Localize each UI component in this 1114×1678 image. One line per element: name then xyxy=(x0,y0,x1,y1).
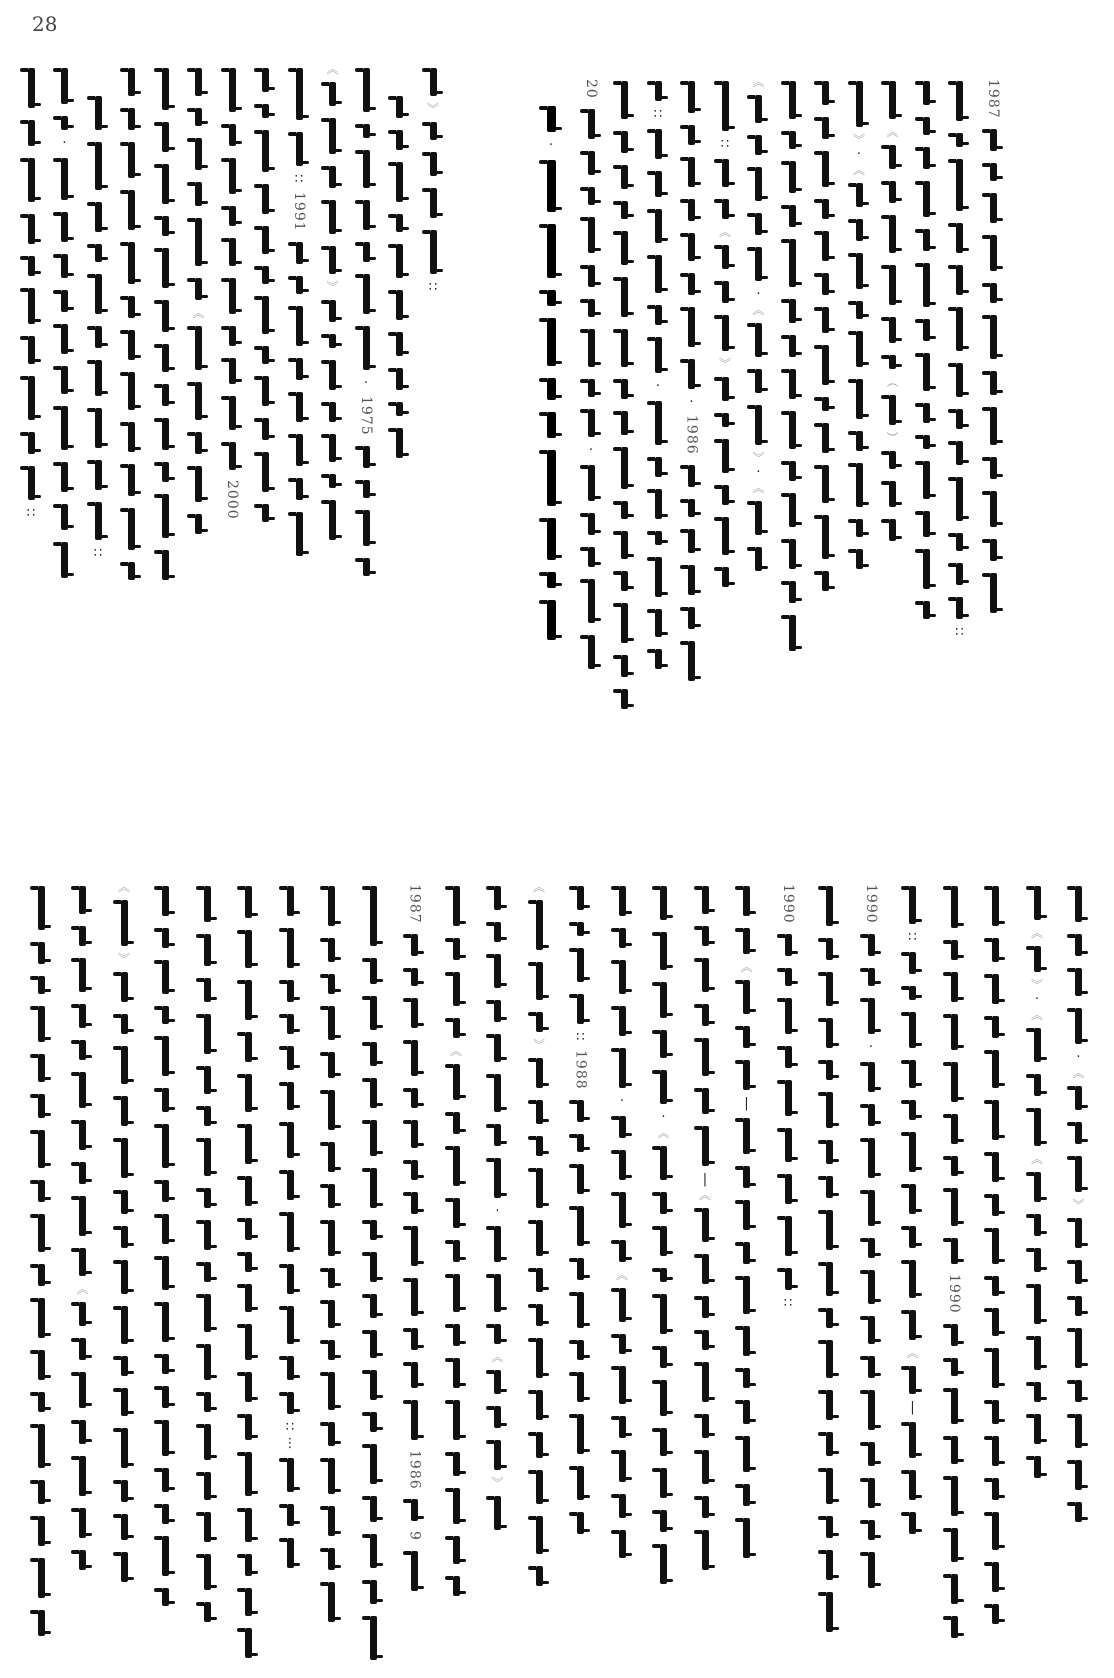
script-word xyxy=(162,1354,169,1374)
script-word xyxy=(128,242,135,284)
script-word xyxy=(328,1340,335,1360)
quote-mark: ︽ xyxy=(1072,1068,1084,1078)
numeral: 9 xyxy=(407,1531,423,1541)
script-word xyxy=(822,81,829,105)
script-word xyxy=(195,182,202,206)
script-word xyxy=(789,493,796,527)
script-word xyxy=(229,206,236,226)
script-word xyxy=(38,1558,45,1598)
script-word xyxy=(245,886,252,918)
script-word xyxy=(826,972,833,1006)
quote-mark: ︾ xyxy=(118,954,130,964)
script-word xyxy=(229,396,236,430)
script-word xyxy=(195,218,202,266)
punctuation: ⋮ xyxy=(284,1438,297,1450)
script-word xyxy=(660,1226,667,1256)
script-word xyxy=(370,1616,377,1660)
script-word xyxy=(660,1346,667,1368)
script-word xyxy=(826,1210,833,1250)
script-word xyxy=(923,601,930,619)
script-word xyxy=(655,557,662,597)
script-word xyxy=(868,1238,875,1258)
script-word xyxy=(956,597,963,619)
script-word xyxy=(363,200,370,230)
script-word xyxy=(79,926,86,946)
script-word xyxy=(577,1512,584,1534)
script-word xyxy=(363,326,370,370)
script-word xyxy=(909,1100,916,1120)
script-word xyxy=(785,968,792,986)
script-word xyxy=(370,1042,377,1066)
text-column: 1987 xyxy=(980,75,1006,619)
script-word xyxy=(688,81,695,113)
script-word xyxy=(162,122,169,152)
script-word xyxy=(329,500,336,540)
script-word xyxy=(95,326,102,348)
script-word xyxy=(411,1278,418,1316)
script-word xyxy=(1034,1284,1041,1324)
script-word xyxy=(536,1136,543,1156)
script-word xyxy=(923,353,930,391)
script-word xyxy=(868,1552,875,1588)
script-word xyxy=(577,948,584,982)
script-word xyxy=(204,1066,211,1094)
script-word xyxy=(121,1480,128,1502)
script-word xyxy=(655,531,662,545)
script-word xyxy=(956,409,963,429)
script-word xyxy=(296,512,303,556)
script-word xyxy=(162,462,169,482)
script-word xyxy=(702,1126,709,1166)
script-word xyxy=(868,1390,875,1430)
script-word xyxy=(743,1242,750,1264)
numeral: 20 xyxy=(583,79,599,99)
text-column xyxy=(913,75,939,625)
quote-mark: ︾ xyxy=(491,1478,503,1488)
script-word xyxy=(1034,1248,1041,1272)
text-column: ∷ xyxy=(85,62,111,562)
text-column: ·1986 xyxy=(679,75,705,687)
text-column xyxy=(253,62,279,528)
script-word xyxy=(951,1062,958,1102)
script-word xyxy=(868,934,875,956)
script-word xyxy=(328,1372,335,1410)
script-word xyxy=(660,1030,667,1058)
script-word xyxy=(121,1014,128,1034)
script-word xyxy=(789,461,796,481)
script-word xyxy=(1034,1214,1041,1236)
script-word xyxy=(722,567,729,587)
script-word xyxy=(61,116,68,130)
punctuation: · xyxy=(869,1042,873,1054)
quote-mark: ︾ xyxy=(1072,1200,1084,1210)
script-word xyxy=(162,886,169,916)
script-word xyxy=(121,1190,128,1214)
script-word xyxy=(536,1220,543,1256)
script-word xyxy=(536,962,543,1000)
punctuation: · xyxy=(1076,1052,1080,1064)
script-word xyxy=(547,106,556,132)
script-word xyxy=(951,940,958,960)
script-word xyxy=(28,288,35,324)
script-word xyxy=(956,563,963,585)
script-word xyxy=(789,205,796,227)
script-word xyxy=(755,405,762,445)
script-word xyxy=(494,954,501,988)
script-word xyxy=(655,255,662,293)
script-word xyxy=(162,1124,169,1168)
script-word xyxy=(128,296,135,318)
script-word xyxy=(363,558,370,576)
script-word xyxy=(128,142,135,178)
text-column: 198719869 xyxy=(402,880,428,1597)
script-word xyxy=(577,1206,584,1246)
script-word xyxy=(38,1264,45,1286)
script-word xyxy=(822,465,829,503)
script-word xyxy=(951,1114,958,1144)
script-word xyxy=(453,1198,460,1228)
script-word xyxy=(856,331,863,367)
script-word xyxy=(494,922,501,942)
script-word xyxy=(577,994,584,1024)
script-word xyxy=(453,1358,460,1388)
script-word xyxy=(195,138,202,170)
script-word xyxy=(951,1324,958,1346)
script-word xyxy=(547,450,556,506)
script-word xyxy=(1075,886,1082,922)
script-word xyxy=(619,1116,626,1138)
script-word xyxy=(655,209,662,243)
script-word xyxy=(951,1616,958,1638)
script-word xyxy=(956,441,963,465)
script-word xyxy=(822,307,829,333)
script-word xyxy=(702,1254,709,1284)
script-word xyxy=(328,1184,335,1208)
script-word xyxy=(822,151,829,187)
script-word xyxy=(262,130,269,172)
script-word xyxy=(868,1270,875,1304)
script-word xyxy=(909,986,916,1000)
script-word xyxy=(588,151,595,175)
script-word xyxy=(868,1442,875,1466)
script-word xyxy=(536,1168,543,1208)
script-word xyxy=(204,1512,211,1542)
text-column xyxy=(779,75,805,657)
script-word xyxy=(588,409,595,437)
script-word xyxy=(38,1298,45,1338)
script-word xyxy=(287,1014,294,1034)
script-word xyxy=(956,81,963,121)
script-word xyxy=(951,1528,958,1562)
script-word xyxy=(287,1122,294,1158)
script-word xyxy=(453,1400,460,1440)
script-word xyxy=(621,379,628,399)
script-word xyxy=(951,1574,958,1604)
script-word xyxy=(79,1248,86,1276)
punctuation: · xyxy=(495,1206,499,1218)
script-word xyxy=(494,1074,501,1112)
punctuation: · xyxy=(689,397,693,409)
script-word xyxy=(28,158,35,202)
script-word xyxy=(370,1444,377,1484)
script-word xyxy=(755,501,762,535)
script-word xyxy=(722,199,729,219)
script-word xyxy=(789,369,796,399)
script-word xyxy=(296,434,303,466)
punctuation: · xyxy=(656,381,660,393)
script-word xyxy=(453,886,460,926)
script-word xyxy=(121,1514,128,1540)
script-word xyxy=(923,319,930,341)
script-word xyxy=(547,318,556,366)
script-word xyxy=(660,1428,667,1456)
script-word xyxy=(328,1052,335,1078)
script-word xyxy=(453,1064,460,1100)
script-word xyxy=(722,245,729,269)
script-word xyxy=(990,163,997,181)
script-word xyxy=(38,1424,45,1468)
script-word xyxy=(722,81,729,131)
script-word xyxy=(660,1192,667,1214)
script-word xyxy=(329,118,336,154)
script-word xyxy=(868,1104,875,1126)
script-word xyxy=(363,68,370,112)
script-word xyxy=(328,1220,335,1256)
script-word xyxy=(536,1390,543,1420)
script-word xyxy=(909,1366,916,1394)
script-word xyxy=(162,928,169,948)
script-word xyxy=(262,346,269,364)
punctuation: | xyxy=(703,1174,707,1186)
text-column xyxy=(387,62,413,464)
script-word xyxy=(162,960,169,994)
quote-mark: ︽ xyxy=(719,227,731,237)
script-word xyxy=(245,1628,252,1658)
script-word xyxy=(826,1592,833,1632)
script-word xyxy=(453,1536,460,1564)
script-word xyxy=(370,1120,377,1156)
script-word xyxy=(743,1436,750,1472)
punctuation: · xyxy=(661,1112,665,1124)
script-word xyxy=(621,231,628,265)
script-word xyxy=(287,886,294,916)
punctuation: ∷ xyxy=(654,109,662,121)
script-word xyxy=(536,1566,543,1586)
script-word xyxy=(396,290,403,320)
script-word xyxy=(262,226,269,254)
script-word xyxy=(162,68,169,110)
script-word xyxy=(688,529,695,553)
script-word xyxy=(660,932,667,970)
punctuation: | xyxy=(910,1402,914,1414)
script-word xyxy=(909,1184,916,1214)
script-word xyxy=(370,1580,377,1604)
script-word xyxy=(79,958,86,992)
script-word xyxy=(655,457,662,477)
script-word xyxy=(755,167,762,201)
quote-mark: ︾ xyxy=(719,359,731,369)
script-word xyxy=(1075,1380,1082,1402)
script-word xyxy=(826,1550,833,1580)
text-column: 1990∷ xyxy=(775,880,801,1312)
script-word xyxy=(702,1450,709,1484)
script-word xyxy=(856,183,863,207)
script-word xyxy=(128,562,135,580)
script-word xyxy=(328,886,335,926)
script-word xyxy=(1075,1122,1082,1144)
script-word xyxy=(577,1466,584,1500)
script-word xyxy=(547,378,556,400)
script-word xyxy=(121,1306,128,1344)
text-column: ∷ xyxy=(947,75,973,641)
script-word xyxy=(785,998,792,1034)
script-word xyxy=(162,1180,169,1202)
text-column: ·︽︾ xyxy=(485,880,511,1536)
script-word xyxy=(789,581,796,603)
script-word xyxy=(328,1142,335,1172)
script-word xyxy=(619,1288,626,1322)
script-word xyxy=(204,1602,211,1622)
script-word xyxy=(328,1268,335,1288)
script-word xyxy=(655,305,662,325)
script-word xyxy=(923,461,930,499)
script-word xyxy=(494,1034,501,1062)
script-word xyxy=(79,1456,86,1496)
text-column xyxy=(119,62,145,586)
page-number: 28 xyxy=(32,12,57,36)
script-word xyxy=(909,1226,916,1248)
script-word xyxy=(262,296,269,334)
script-word xyxy=(536,1268,543,1292)
numeral: 1990 xyxy=(946,1274,962,1314)
script-word xyxy=(245,1508,252,1542)
script-word xyxy=(494,1274,501,1312)
script-word xyxy=(826,1340,833,1378)
script-word xyxy=(79,1004,86,1028)
script-word xyxy=(826,1140,833,1164)
script-word xyxy=(494,1370,501,1394)
script-word xyxy=(826,886,833,926)
script-word xyxy=(868,968,875,986)
script-word xyxy=(494,886,501,910)
script-word xyxy=(621,201,628,219)
script-word xyxy=(396,96,403,118)
text-column: 2000 xyxy=(219,62,245,524)
numeral: 1988 xyxy=(573,1050,589,1090)
script-word xyxy=(370,1078,377,1108)
script-word xyxy=(990,129,997,151)
script-word xyxy=(296,392,303,422)
script-word xyxy=(494,1124,501,1146)
script-word xyxy=(743,1484,750,1506)
script-word xyxy=(162,1504,169,1524)
script-word xyxy=(121,1428,128,1468)
script-word xyxy=(951,1188,958,1226)
script-word xyxy=(370,1496,377,1522)
script-word xyxy=(1034,1414,1041,1444)
script-word xyxy=(162,248,169,288)
script-word xyxy=(370,1370,377,1400)
script-word xyxy=(990,573,997,613)
script-word xyxy=(38,1006,45,1042)
punctuation: ∷ xyxy=(908,932,916,944)
punctuation: · xyxy=(620,1096,624,1108)
script-word xyxy=(660,1268,667,1282)
script-word xyxy=(411,1160,418,1180)
script-word xyxy=(1075,1156,1082,1192)
script-word xyxy=(992,1604,999,1624)
script-word xyxy=(826,1308,833,1328)
punctuation: · xyxy=(549,140,553,152)
script-word xyxy=(789,299,796,323)
script-word xyxy=(1075,1008,1082,1044)
text-column xyxy=(983,880,1009,1630)
script-word xyxy=(329,200,336,234)
script-word xyxy=(868,1356,875,1378)
script-word xyxy=(785,1216,792,1256)
script-word xyxy=(856,301,863,319)
script-word xyxy=(121,1260,128,1294)
punctuation: ∷ xyxy=(27,508,35,520)
script-word xyxy=(743,1276,750,1314)
script-word xyxy=(621,603,628,643)
script-word xyxy=(453,1576,460,1596)
script-word xyxy=(619,1530,626,1558)
script-word xyxy=(621,655,628,677)
quote-mark: ︽ xyxy=(616,1270,628,1280)
script-word xyxy=(619,1240,626,1262)
script-word xyxy=(162,1006,169,1024)
script-word xyxy=(245,1554,252,1576)
script-word xyxy=(992,974,999,1004)
script-word xyxy=(655,337,662,373)
script-word xyxy=(655,401,662,445)
script-word xyxy=(789,161,796,193)
script-word xyxy=(287,1082,294,1110)
script-word xyxy=(619,1048,626,1088)
script-word xyxy=(1075,968,1082,996)
script-word xyxy=(660,982,667,1018)
script-word xyxy=(411,1400,418,1440)
script-word xyxy=(826,1390,833,1420)
punctuation: ∷ xyxy=(286,1422,294,1434)
script-word xyxy=(990,491,997,527)
script-word xyxy=(722,315,729,351)
script-word xyxy=(660,1294,667,1334)
script-word xyxy=(1075,1502,1082,1522)
script-word xyxy=(660,1510,667,1532)
quote-mark: ︽ xyxy=(491,1352,503,1362)
script-word xyxy=(619,886,626,916)
text-column: ∷1991 xyxy=(286,62,312,562)
script-word xyxy=(688,565,695,595)
script-word xyxy=(38,1480,45,1504)
quote-mark: ︽ xyxy=(326,64,338,74)
script-word xyxy=(162,1536,169,1576)
script-word xyxy=(396,428,403,458)
script-word xyxy=(990,457,997,479)
script-word xyxy=(956,307,963,351)
script-word xyxy=(789,239,796,287)
punctuation: · xyxy=(857,149,861,161)
script-word xyxy=(287,1356,294,1380)
script-word xyxy=(619,1006,626,1036)
script-word xyxy=(128,464,135,496)
script-word xyxy=(577,1372,584,1402)
script-word xyxy=(38,1610,45,1636)
text-column: ·︽ xyxy=(651,880,677,1590)
script-word xyxy=(28,68,35,108)
